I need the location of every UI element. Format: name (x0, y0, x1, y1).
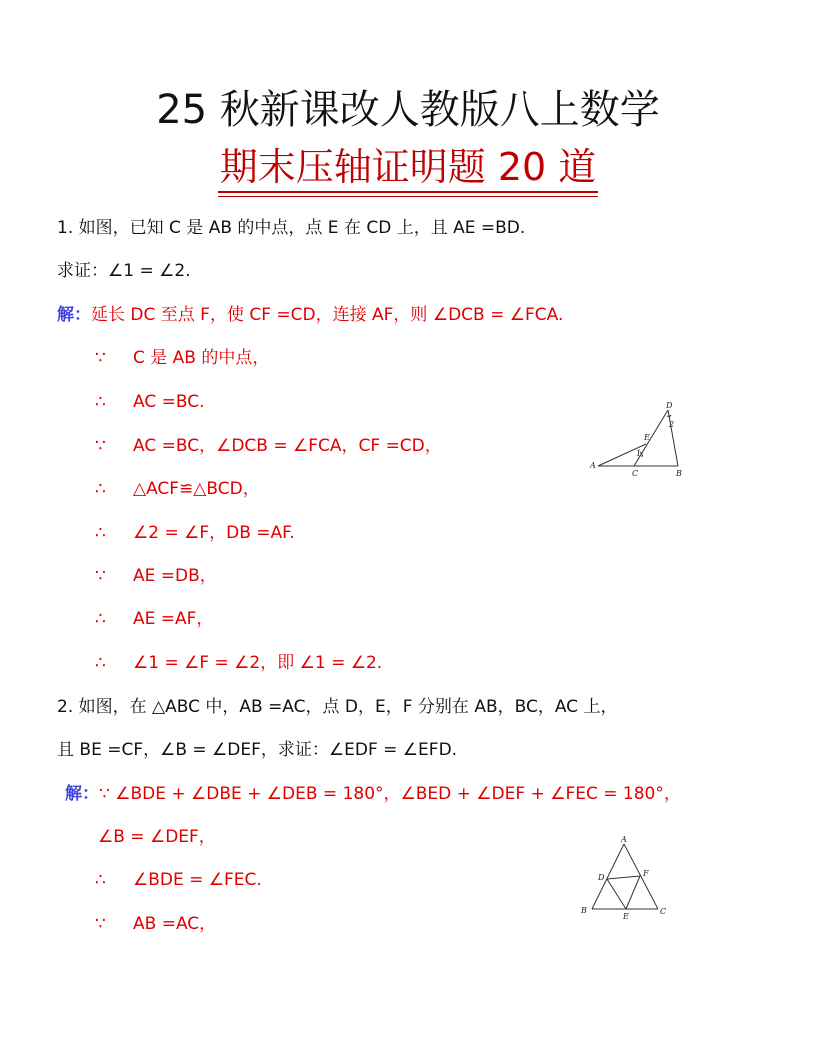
problem-1-solution-intro-line: 解：延长 DC 至点 F，使 CF =CD，连接 AF，则 ∠DCB = ∠FC… (57, 303, 563, 327)
svg-text:D: D (597, 873, 605, 882)
svg-text:E: E (643, 433, 650, 442)
problem-2-solution-intro-line: 解：∵ ∠BDE + ∠DBE + ∠DEB = 180°，∠BED + ∠DE… (65, 782, 681, 806)
proof-step: ∵AE =DB， (95, 564, 217, 588)
solution-intro: ∵ ∠BDE + ∠DBE + ∠DEB = 180°，∠BED + ∠DEF … (99, 784, 681, 804)
svg-text:B: B (580, 906, 587, 915)
proof-step: ∴∠2 = ∠F，DB =AF. (95, 521, 295, 545)
proof-step: ∵AB =AC， (95, 912, 216, 936)
proof-step: ∴△ACF≌△BCD， (95, 477, 260, 501)
proof-step: ∴AC =BC. (95, 390, 205, 414)
proof-step: ∵AC =BC，∠DCB = ∠FCA，CF =CD， (95, 434, 442, 458)
problem-2-statement-line-1: 2. 如图，在 △ABC 中，AB =AC，点 D，E，F 分别在 AB，BC，… (57, 695, 617, 719)
svg-text:D: D (665, 401, 673, 410)
svg-text:E: E (622, 912, 629, 921)
solution-label: 解： (65, 784, 99, 804)
svg-text:A: A (589, 461, 596, 470)
document-title: 25 秋新课改人教版八上数学 (0, 84, 816, 136)
problem-1-statement-line-1: 1. 如图，已知 C 是 AB 的中点，点 E 在 CD 上，且 AE =BD. (57, 216, 525, 240)
document-subtitle-wrap: 期末压轴证明题 20 道 (0, 143, 816, 193)
svg-text:1: 1 (636, 449, 641, 458)
problem-2-statement-line-2: 且 BE =CF，∠B = ∠DEF，求证：∠EDF = ∠EFD. (57, 738, 457, 762)
proof-step: ∴AE =AF， (95, 607, 213, 631)
proof-step: ∵C 是 AB 的中点， (95, 346, 269, 370)
proof-step: ∴∠1 = ∠F = ∠2，即 ∠1 = ∠2. (95, 651, 382, 675)
svg-text:F: F (642, 869, 649, 878)
svg-text:2: 2 (668, 420, 674, 429)
triangle-figure-2: A B C D E F (578, 834, 674, 922)
svg-text:C: C (660, 907, 666, 916)
svg-text:C: C (632, 469, 638, 478)
svg-text:A: A (620, 835, 627, 844)
triangle-figure-1: A C B D E 1 2 (588, 398, 688, 480)
proof-step: ∠B = ∠DEF， (98, 825, 216, 849)
solution-intro: 延长 DC 至点 F，使 CF =CD，连接 AF，则 ∠DCB = ∠FCA. (91, 305, 563, 325)
proof-step: ∴∠BDE = ∠FEC. (95, 868, 262, 892)
document-subtitle: 期末压轴证明题 20 道 (218, 143, 599, 193)
problem-1-statement-line-2: 求证：∠1 = ∠2. (57, 259, 191, 283)
svg-text:B: B (675, 469, 682, 478)
solution-label: 解： (57, 305, 91, 325)
